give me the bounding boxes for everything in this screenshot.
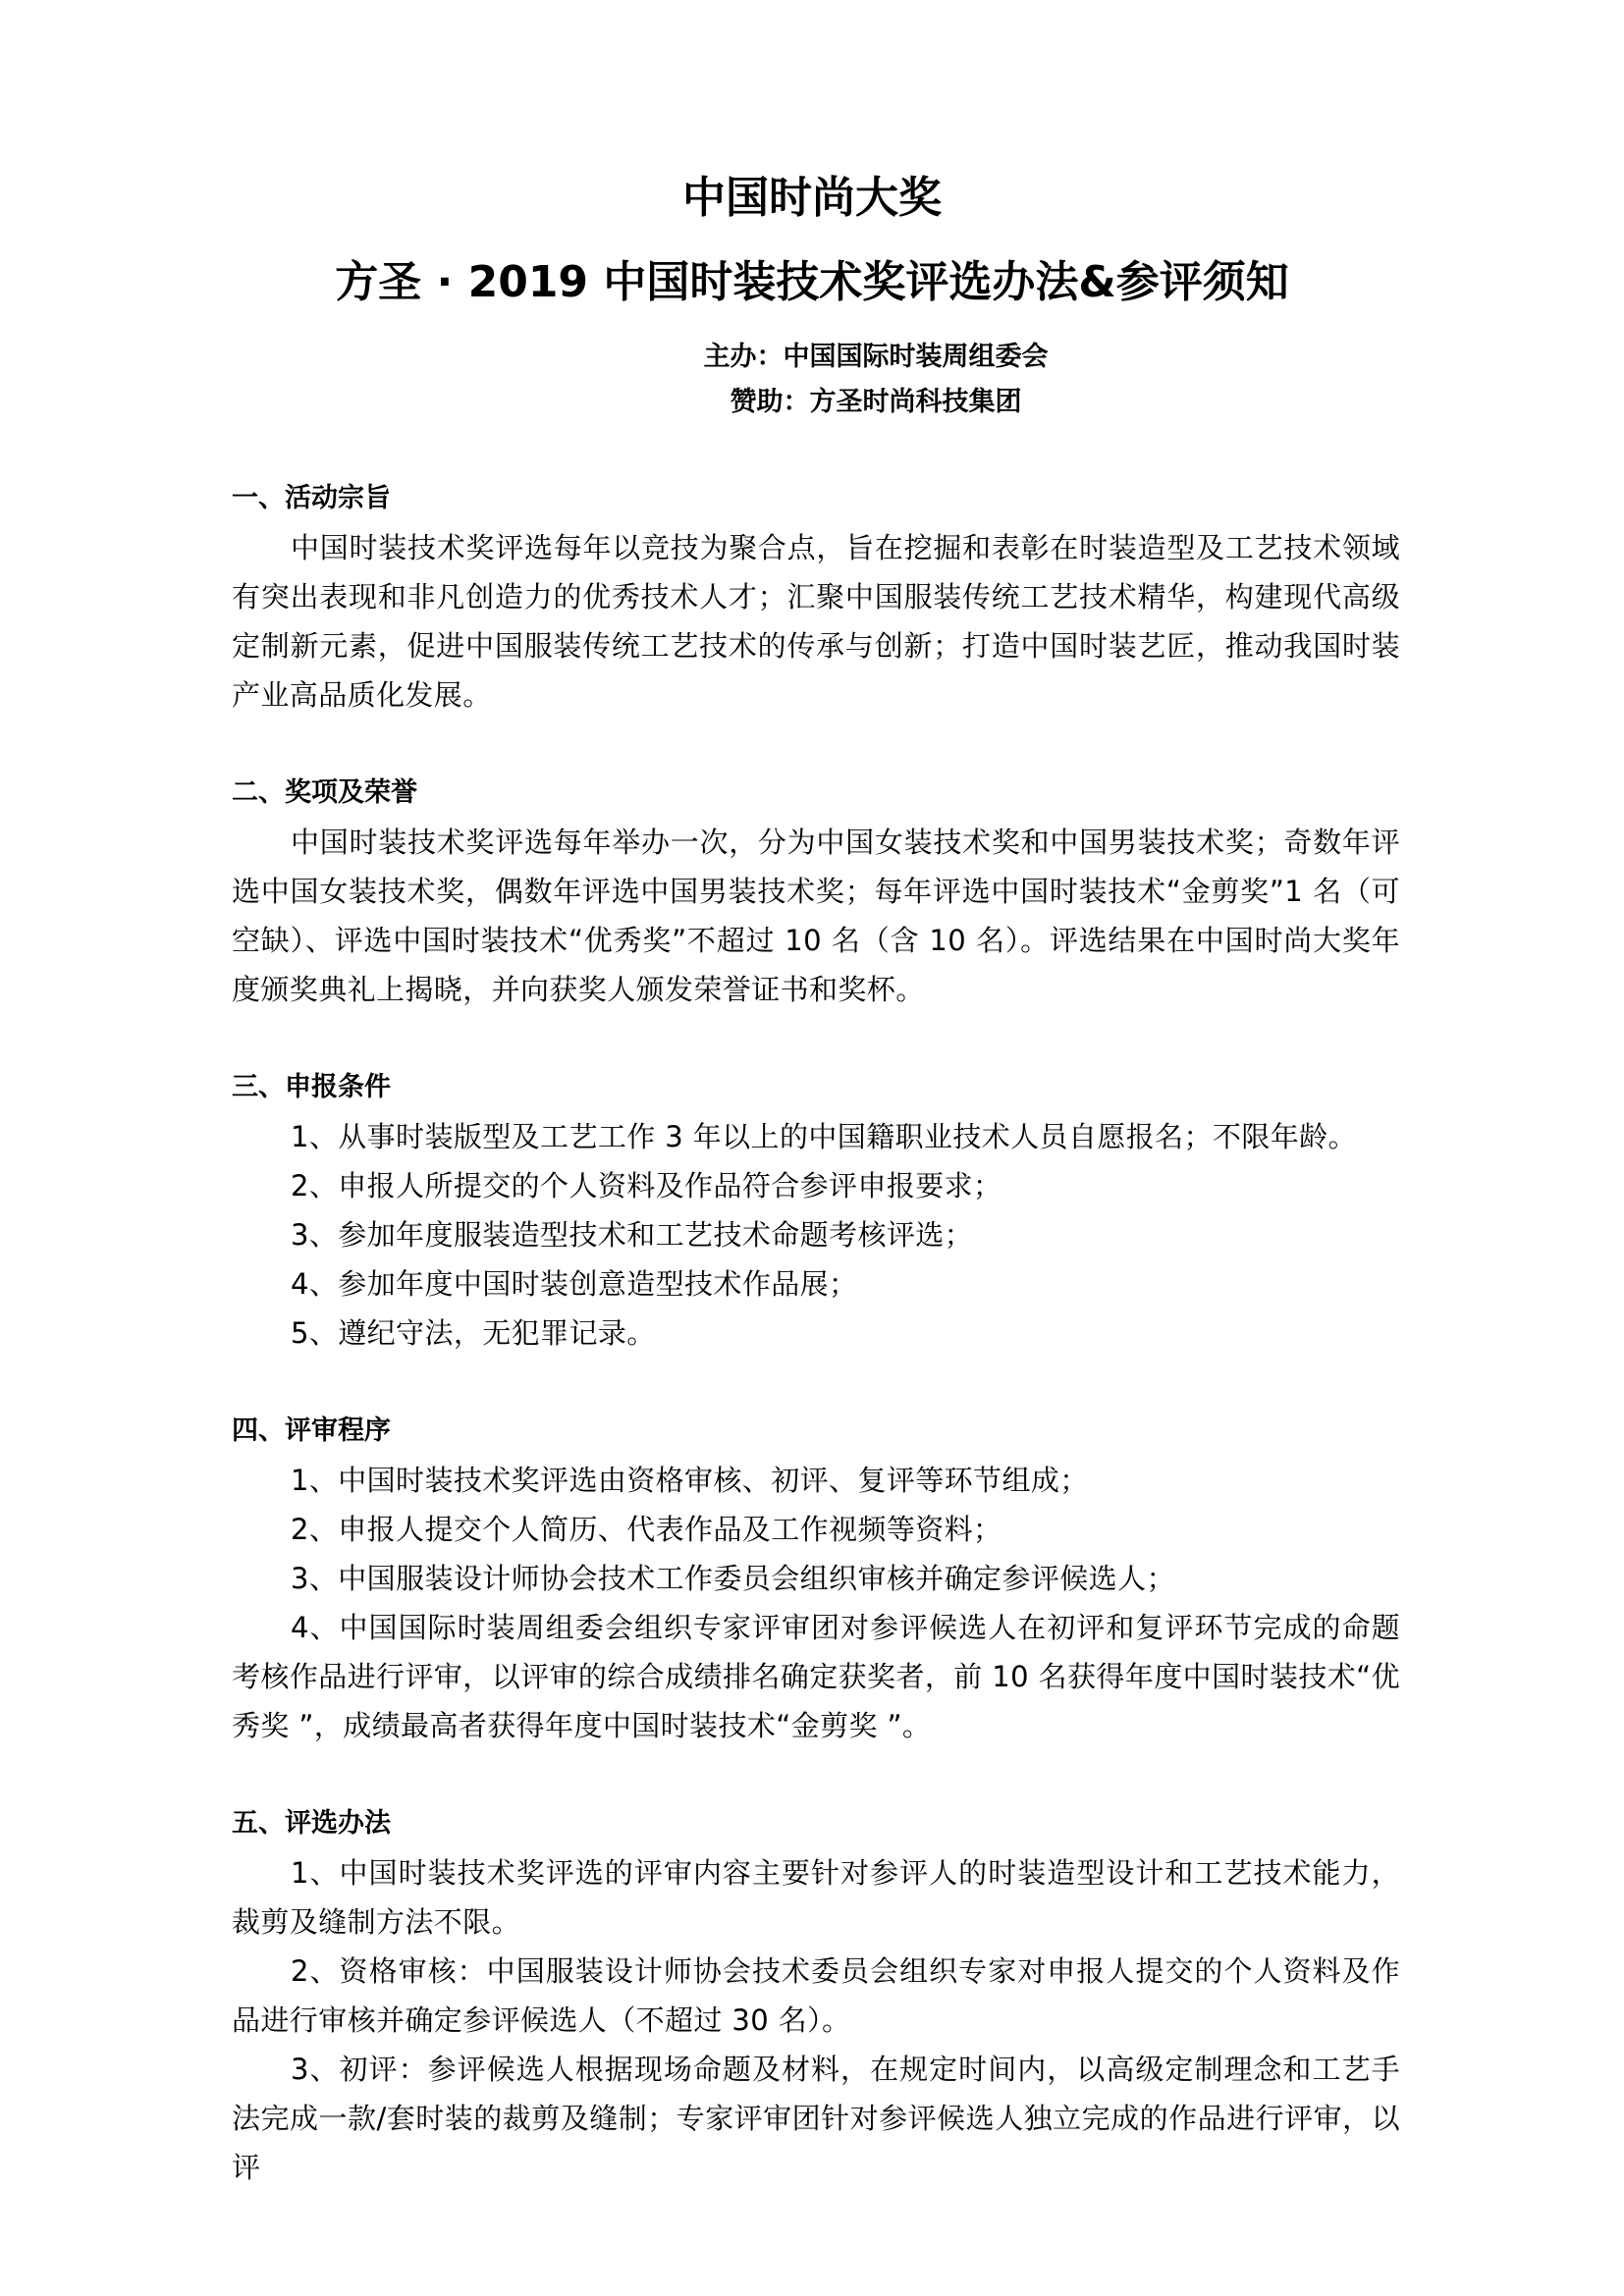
sponsor-label: 赞助： [731,387,810,417]
list-item: 4、参加年度中国时装创意造型技术作品展； [232,1259,1400,1308]
section-heading: 四、评审程序 [232,1407,1400,1456]
organizer-line: 主办：中国国际时装周组委会 [0,338,1624,377]
section-paragraph: 中国时装技术奖评选每年以竞技为聚合点，旨在挖掘和表彰在时装造型及工艺技术领域有突… [232,523,1400,720]
list-item: 3、初评：参评候选人根据现场命题及材料，在规定时间内，以高级定制理念和工艺手法完… [232,2045,1400,2192]
list-item: 2、资格审核：中国服装设计师协会技术委员会组织专家对申报人提交的个人资料及作品进… [232,1947,1400,2045]
list-item: 3、参加年度服装造型技术和工艺技术命题考核评选； [232,1210,1400,1259]
section-paragraph: 中国时装技术奖评选每年举办一次，分为中国女装技术奖和中国男装技术奖；奇数年评选中… [232,818,1400,1014]
list-item: 1、从事时装版型及工艺工作 3 年以上的中国籍职业技术人员自愿报名；不限年龄。 [232,1112,1400,1161]
sponsor-value: 方圣时尚科技集团 [810,387,1022,417]
list-item: 4、中国国际时装周组委会组织专家评审团对参评候选人在初评和复评环节完成的命题考核… [232,1603,1400,1750]
organizer-value: 中国国际时装周组委会 [784,342,1049,372]
section-heading: 二、奖项及荣誉 [232,769,1400,818]
section-heading: 五、评选办法 [232,1799,1400,1848]
document-page: 中国时尚大奖 方圣 · 2019 中国时装技术奖评选办法&参评须知 主办：中国国… [0,0,1624,2296]
section-eligibility: 三、申报条件 1、从事时装版型及工艺工作 3 年以上的中国籍职业技术人员自愿报名… [232,1063,1400,1358]
list-item: 2、申报人提交个人简历、代表作品及工作视频等资料； [232,1505,1400,1554]
section-heading: 三、申报条件 [232,1063,1400,1112]
document-subtitle: 方圣 · 2019 中国时装技术奖评选办法&参评须知 [0,253,1624,312]
sponsor-line: 赞助：方圣时尚科技集团 [0,383,1624,422]
section-awards: 二、奖项及荣誉 中国时装技术奖评选每年举办一次，分为中国女装技术奖和中国男装技术… [232,769,1400,1014]
document-title: 中国时尚大奖 [0,169,1624,228]
list-item: 3、中国服装设计师协会技术工作委员会组织审核并确定参评候选人； [232,1554,1400,1603]
organizer-label: 主办： [704,342,784,372]
section-selection-method: 五、评选办法 1、中国时装技术奖评选的评审内容主要针对参评人的时装造型设计和工艺… [232,1799,1400,2192]
list-item: 1、中国时装技术奖评选由资格审核、初评、复评等环节组成； [232,1456,1400,1505]
section-purpose: 一、活动宗旨 中国时装技术奖评选每年以竞技为聚合点，旨在挖掘和表彰在时装造型及工… [232,474,1400,720]
list-item: 1、中国时装技术奖评选的评审内容主要针对参评人的时装造型设计和工艺技术能力，裁剪… [232,1848,1400,1947]
section-review-process: 四、评审程序 1、中国时装技术奖评选由资格审核、初评、复评等环节组成； 2、申报… [232,1407,1400,1750]
list-item: 2、申报人所提交的个人资料及作品符合参评申报要求； [232,1161,1400,1210]
list-item: 5、遵纪守法，无犯罪记录。 [232,1308,1400,1358]
section-heading: 一、活动宗旨 [232,474,1400,523]
